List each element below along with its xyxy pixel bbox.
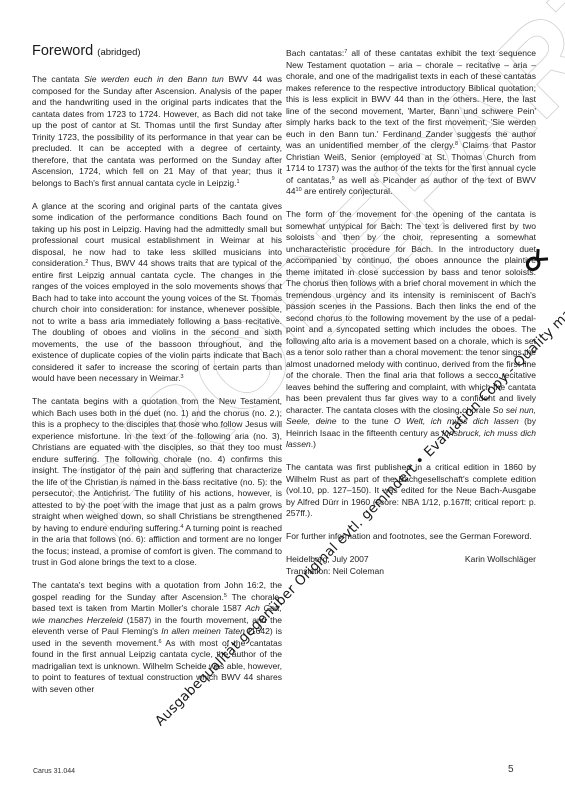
author-name: Karin Wollschläger [465,554,536,566]
right-column: Bach cantatas:7 all of these cantatas ex… [286,48,536,577]
paragraph-5: Bach cantatas:7 all of these cantatas ex… [286,48,536,198]
page-title: Foreword (abridged) [32,43,282,61]
document-page: Foreword (abridged) The cantata Sie werd… [0,0,565,800]
translation-credit: Translation: Neil Coleman [286,566,536,578]
footnote-ref: 3 [181,374,184,380]
paragraph-6: The form of the movement for the opening… [286,209,536,451]
title-subtitle: (abridged) [97,47,140,58]
text: to the tune [337,416,394,426]
title-text: Foreword [32,43,93,59]
text: Bach cantatas: [286,48,344,58]
text: The cantata [32,74,84,84]
text: BWV 44 was composed for the Sunday after… [32,74,282,188]
paragraph-1: The cantata Sie werden euch in den Bann … [32,74,282,189]
text: The cantata begins with a quotation from… [32,396,282,533]
catalog-number: Carus 31.044 [33,768,75,775]
paragraph-3: The cantata begins with a quotation from… [32,396,282,569]
page-number: 5 [508,764,514,775]
tune-title: O Welt, ich muss dich lassen [394,416,519,426]
text: .) [311,439,316,449]
cantata-title: Sie werden euch in den Bann tun [84,74,224,84]
text: Thus, BWV 44 shows traits that are typic… [32,258,282,383]
paragraph-2: A glance at the scoring and original par… [32,201,282,385]
text: all of these cantatas exhibit the text s… [286,48,536,150]
chorale-title: In allen meinen Taten [161,626,245,636]
paragraph-4: The cantata's text begins with a quotati… [32,580,282,695]
signature-line: Heidelberg, July 2007 Karin Wollschläger [286,554,536,566]
paragraph-8: For further information and footnotes, s… [286,531,536,543]
text: are entirely conjectural. [302,186,393,196]
paragraph-7: The cantata was first published in a cri… [286,462,536,520]
place-date: Heidelberg, July 2007 [286,554,369,566]
text: The form of the movement for the opening… [286,209,536,415]
left-column: Foreword (abridged) The cantata Sie werd… [32,28,282,707]
footnote-ref: 1 [237,179,240,185]
